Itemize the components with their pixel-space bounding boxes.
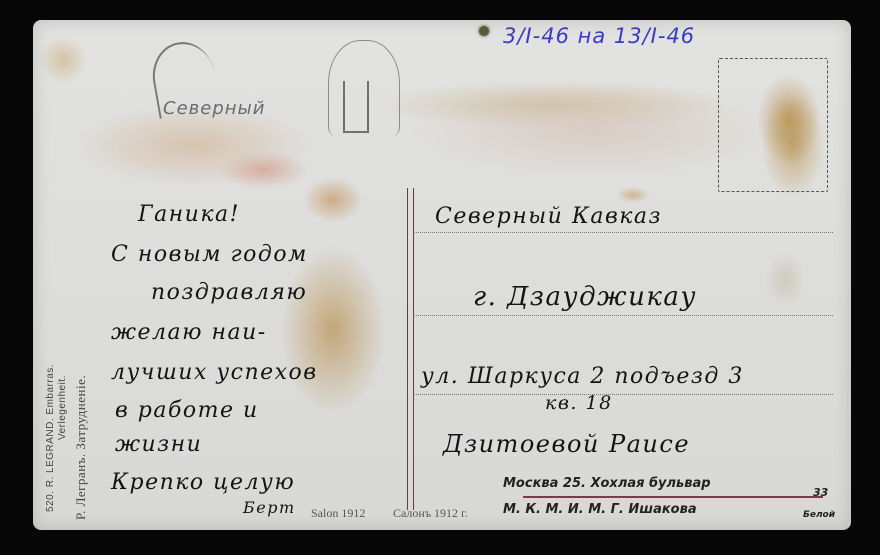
- message-line: в работе и: [115, 398, 259, 423]
- message-line: лучших успехов: [111, 360, 318, 385]
- publisher-line-1: 520. R. LEGRAND. Embarras.: [45, 364, 56, 512]
- return-extra: Белой: [803, 510, 835, 520]
- publisher-line-1b: Verlegenheit.: [57, 375, 68, 440]
- address-line: [413, 394, 833, 395]
- return-number: 33: [813, 486, 828, 499]
- publisher-line-1b-text: Verlegenheit.: [57, 375, 68, 440]
- pencil-figure-sketch: [328, 40, 400, 136]
- address-region: Северный Кавказ: [435, 204, 662, 229]
- publisher-line-1-text: 520. R. LEGRAND. Embarras.: [45, 364, 56, 512]
- address-line: [413, 315, 833, 316]
- caption-latin: Salon 1912: [311, 506, 365, 521]
- caption-cyrillic: Салонъ 1912 г.: [393, 506, 468, 521]
- postcard: 3/I-46 на 13/I-46 Северный 520. R. LEGRA…: [33, 20, 851, 530]
- pin-hole: [479, 26, 489, 36]
- message-line: Ганика!: [138, 202, 240, 227]
- address-city: г. Дзауджикау: [473, 282, 697, 312]
- divider-line: [407, 188, 414, 510]
- underline: [523, 496, 823, 498]
- publisher-line-2-text: Р. Легранъ. Затрудненіе.: [73, 375, 88, 520]
- pencil-note: Северный: [163, 98, 265, 119]
- return-address-line-2: М. К. М. И. М. Г. Ишакова: [503, 502, 697, 517]
- address-line: [413, 232, 833, 233]
- message-line: жизни: [115, 432, 202, 457]
- message-line: поздравляю: [151, 280, 307, 305]
- stamp-box: [718, 58, 828, 192]
- publisher-line-2: Р. Легранъ. Затрудненіе.: [73, 375, 89, 520]
- message-line: С новым годом: [111, 242, 308, 267]
- address-street: ул. Шаркуса 2 подъезд 3: [421, 364, 744, 389]
- date-annotation: 3/I-46 на 13/I-46: [503, 24, 695, 48]
- address-recipient: Дзитоевой Раисе: [443, 430, 690, 458]
- signature: Берт: [243, 498, 296, 517]
- return-address-line-1: Москва 25. Хохлая бульвар: [503, 476, 711, 491]
- address-apartment: кв. 18: [545, 392, 613, 414]
- message-line: желаю наи-: [111, 320, 267, 345]
- message-line: Крепко целую: [111, 470, 295, 495]
